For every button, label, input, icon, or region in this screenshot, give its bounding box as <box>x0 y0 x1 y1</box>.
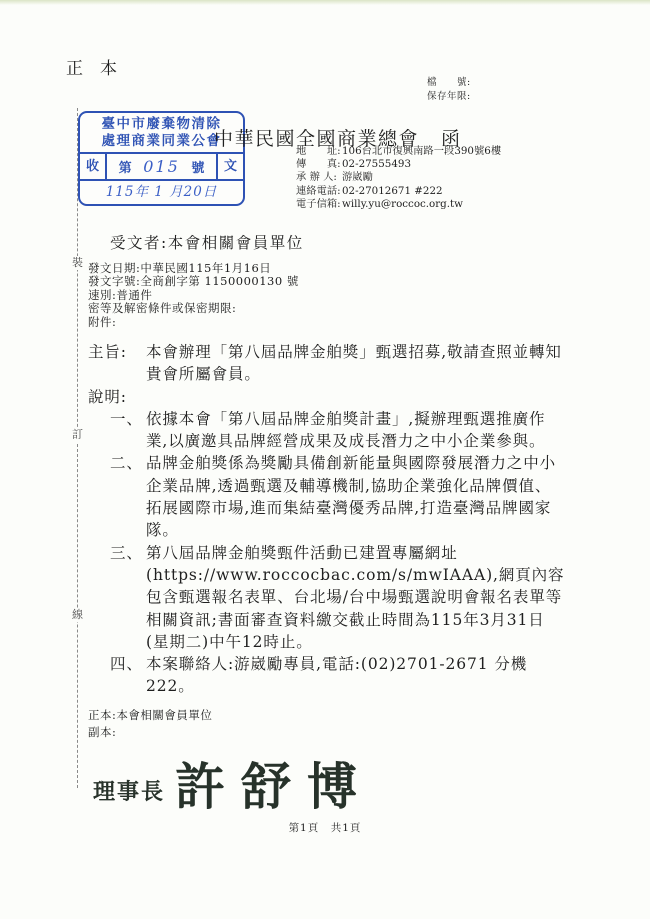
stamp-number-cell: 第 015 號 <box>107 157 216 176</box>
info-value: 02-27012671 #222 <box>342 185 443 197</box>
distribution-original: 正本:本會相關會員單位 <box>88 707 212 724</box>
distribution-copy: 副本: <box>88 724 212 741</box>
stamp-no-suffix: 號 <box>191 157 204 176</box>
body-item-1: 一、依據本會「第八屆品牌金舶獎計畫」,擬辦理甄選推廣作業,以廣邀具品牌經營成果及… <box>110 408 566 453</box>
info-row-handler: 承 辦 人:游崴勵 <box>296 171 501 184</box>
stamp-receive-label: 收 <box>80 154 107 179</box>
item-text: 品牌金舶獎係為獎勵具備創新能量與國際發展潛力之中小企業品牌,透過甄選及輔導機制,… <box>146 454 556 539</box>
item-text: 依據本會「第八屆品牌金舶獎計畫」,擬辦理甄選推廣作業,以廣邀具品牌經營成果及成長… <box>146 410 545 450</box>
info-row-fax: 傳 真:02-27555493 <box>296 158 501 171</box>
letter-body: 主旨:本會辦理「第八屆品牌金舶獎」甄選招募,敬請查照並轉知貴會所屬會員。 說明:… <box>88 341 566 698</box>
file-number-label: 檔 號: <box>427 76 471 90</box>
copy-type-label: 正本 <box>66 54 134 79</box>
signature-name: 許舒博 <box>175 747 373 819</box>
stamp-number-row: 收 第 015 號 文 <box>80 154 243 181</box>
info-value: 游崴勵 <box>342 171 373 183</box>
info-row-email: 電子信箱:willy.yu@roccoc.org.tw <box>296 198 501 211</box>
stamp-no-handwritten: 015 <box>143 157 180 176</box>
scanned-official-letter: 正本 檔 號: 保存年限: 裝 訂 線 臺中市廢棄物清除 處理商業同業公會 收 … <box>0 0 650 919</box>
item-number: 二、 <box>110 452 146 474</box>
binding-dashed-line <box>77 108 78 788</box>
stamp-doc-label: 文 <box>216 154 243 179</box>
scan-edge-tint <box>0 0 650 5</box>
info-row-address: 地 址:106台北市復興南路一段390號6樓 <box>296 145 501 158</box>
binding-mark-zhuang: 裝 <box>71 256 84 270</box>
subject-text: 本會辦理「第八屆品牌金舶獎」甄選招募,敬請查照並轉知貴會所屬會員。 <box>146 343 562 383</box>
subject-label: 主旨: <box>88 341 146 363</box>
info-label: 電子信箱: <box>296 198 342 211</box>
item-number: 一、 <box>110 408 146 430</box>
binding-mark-ding: 訂 <box>71 428 84 442</box>
info-value: willy.yu@roccoc.org.tw <box>342 198 463 210</box>
page-number: 第1頁 共1頁 <box>0 820 650 835</box>
body-item-4: 四、本案聯絡人:游崴勵專員,電話:(02)2701-2671 分機222。 <box>110 653 566 698</box>
retention-period-label: 保存年限: <box>427 90 471 104</box>
contact-info-block: 地 址:106台北市復興南路一段390號6樓 傳 真:02-27555493 承… <box>296 145 501 211</box>
explanation-heading: 說明: <box>88 386 566 408</box>
binding-mark-xian: 線 <box>71 608 84 622</box>
body-item-2: 二、品牌金舶獎係為獎勵具備創新能量與國際發展潛力之中小企業品牌,透過甄選及輔導機… <box>110 452 566 541</box>
meta-block: 發文日期:中華民國115年1月16日 發文字號:全商創字第 1150000130… <box>88 262 299 329</box>
meta-issue-date: 發文日期:中華民國115年1月16日 <box>88 262 299 275</box>
info-value: 106台北市復興南路一段390號6樓 <box>342 145 501 157</box>
info-label: 地 址: <box>296 145 342 158</box>
info-label: 連絡電話: <box>296 185 342 198</box>
item-number: 四、 <box>110 653 146 675</box>
stamp-date-handwritten: 115年 1 月20日 <box>80 181 243 203</box>
info-label: 承 辦 人: <box>296 171 342 184</box>
item-text: 本案聯絡人:游崴勵專員,電話:(02)2701-2671 分機222。 <box>146 655 527 695</box>
item-text: 第八屆品牌金舶獎甄件活動已建置專屬網址(https://www.roccocba… <box>146 544 564 651</box>
meta-attachment: 附件: <box>88 316 299 329</box>
stamp-no-prefix: 第 <box>119 157 132 176</box>
info-label: 傳 真: <box>296 158 342 171</box>
signature-block: 理事長 許舒博 <box>93 747 373 819</box>
subject-paragraph: 主旨:本會辦理「第八屆品牌金舶獎」甄選招募,敬請查照並轉知貴會所屬會員。 <box>88 341 566 386</box>
meta-speed: 速別:普通件 <box>88 289 299 302</box>
info-value: 02-27555493 <box>342 158 411 170</box>
signature-title: 理事長 <box>93 775 165 806</box>
recipient-line: 受文者:本會相關會員單位 <box>110 231 304 253</box>
info-row-phone: 連絡電話:02-27012671 #222 <box>296 185 501 198</box>
distribution-block: 正本:本會相關會員單位 副本: <box>88 707 212 740</box>
archive-labels: 檔 號: 保存年限: <box>427 76 471 104</box>
item-number: 三、 <box>110 542 146 564</box>
meta-doc-number: 發文字號:全商創字第 1150000130 號 <box>88 275 299 288</box>
meta-classification: 密等及解密條件或保密期限: <box>88 302 299 315</box>
body-item-3: 三、第八屆品牌金舶獎甄件活動已建置專屬網址(https://www.roccoc… <box>110 542 566 653</box>
